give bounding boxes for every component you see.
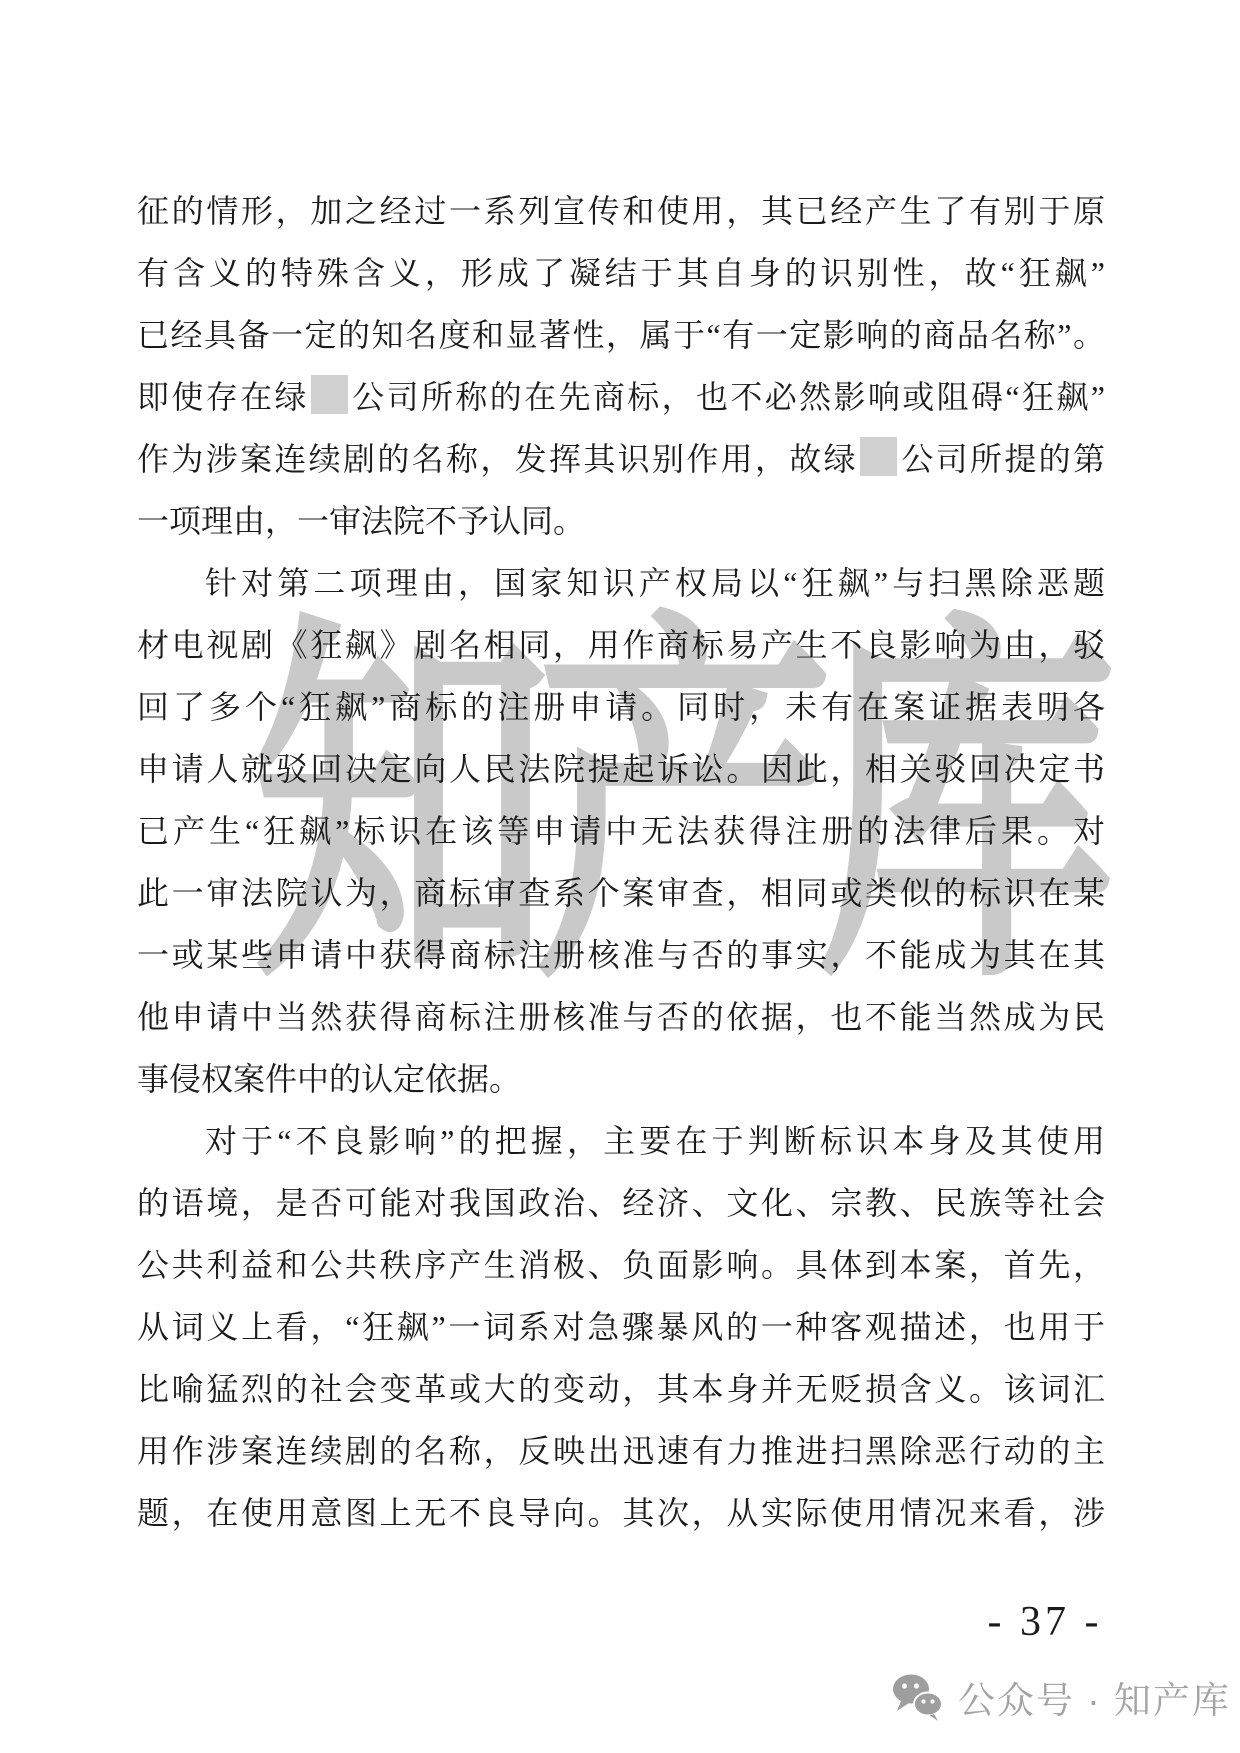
text-line: 即使存在绿公司所称的在先商标，也不必然影响或阻碍“狂飙” <box>137 366 1105 428</box>
text-line: 公共利益和公共秩序产生消极、负面影响。具体到本案，首先， <box>137 1234 1105 1296</box>
redaction-box <box>860 437 897 476</box>
text-line: 一或某些申请中获得商标注册核准与否的事实，不能成为其在其 <box>137 924 1105 986</box>
text-line: 的语境，是否可能对我国政治、经济、文化、宗教、民族等社会 <box>137 1172 1105 1234</box>
page-number: - 37 - <box>960 1598 1130 1646</box>
footer-label: 公众号 · 知产库 <box>958 1670 1231 1724</box>
text-line: 回了多个“狂飙”商标的注册申请。同时，未有在案证据表明各 <box>137 676 1105 738</box>
wechat-icon <box>890 1673 944 1721</box>
text-line: 针对第二项理由，国家知识产权局以“狂飙”与扫黑除恶题 <box>137 552 1105 614</box>
footer: 公众号 · 知产库 <box>890 1670 1231 1724</box>
document-page: 知产库 征的情形，加之经过一系列宣传和使用，其已经产生了有别于原有含义的特殊含义… <box>0 0 1240 1753</box>
text-line: 从词义上看，“狂飙”一词系对急骤暴风的一种客观描述，也用于 <box>137 1296 1105 1358</box>
text-block: 征的情形，加之经过一系列宣传和使用，其已经产生了有别于原有含义的特殊含义，形成了… <box>137 180 1105 1544</box>
text-line: 征的情形，加之经过一系列宣传和使用，其已经产生了有别于原 <box>137 180 1105 242</box>
text-line: 题，在使用意图上无不良导向。其次，从实际使用情况来看，涉 <box>137 1482 1105 1544</box>
text-line: 用作涉案连续剧的名称，反映出迅速有力推进扫黑除恶行动的主 <box>137 1420 1105 1482</box>
text-line: 材电视剧《狂飙》剧名相同，用作商标易产生不良影响为由，驳 <box>137 614 1105 676</box>
redaction-box <box>311 375 348 414</box>
text-line: 对于“不良影响”的把握，主要在于判断标识本身及其使用 <box>137 1110 1105 1172</box>
text-line: 事侵权案件中的认定依据。 <box>137 1048 1105 1110</box>
text-line: 已经具备一定的知名度和显著性，属于“有一定影响的商品名称”。 <box>137 304 1105 366</box>
text-line: 他申请中当然获得商标注册核准与否的依据，也不能当然成为民 <box>137 986 1105 1048</box>
text-line: 有含义的特殊含义，形成了凝结于其自身的识别性，故“狂飙” <box>137 242 1105 304</box>
text-line: 比喻猛烈的社会变革或大的变动，其本身并无贬损含义。该词汇 <box>137 1358 1105 1420</box>
text-line: 此一审法院认为，商标审查系个案审查，相同或类似的标识在某 <box>137 862 1105 924</box>
text-line: 一项理由，一审法院不予认同。 <box>137 490 1105 552</box>
text-line: 已产生“狂飙”标识在该等申请中无法获得注册的法律后果。对 <box>137 800 1105 862</box>
text-line: 申请人就驳回决定向人民法院提起诉讼。因此，相关驳回决定书 <box>137 738 1105 800</box>
text-line: 作为涉案连续剧的名称，发挥其识别作用，故绿公司所提的第 <box>137 428 1105 490</box>
